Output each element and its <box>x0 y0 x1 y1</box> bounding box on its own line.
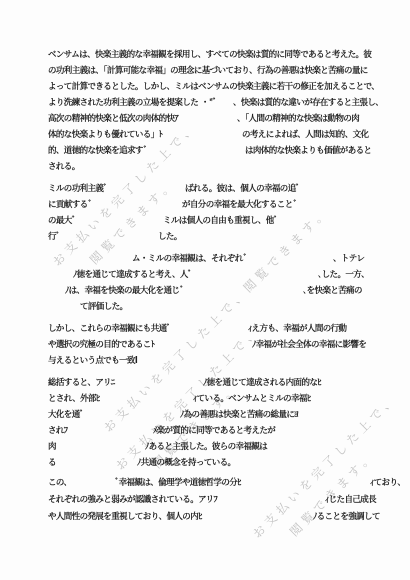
text-line-p1-l6-seg1: 体的な快楽よりも優れている」ﾄ <box>48 130 162 140</box>
text-line-p2-l1-seg1: ミルの功利主義ﾞ <box>48 184 107 194</box>
text-line-p3-l2-seg2: ､した。一方、 <box>318 270 369 280</box>
text-line-p1-l6-seg2: の考えによれば、人間は知的、文化 <box>242 130 368 140</box>
text-line-p2-l4-seg1: 行ﾞ <box>48 232 60 242</box>
text-line-p2-l2-seg2: が自分の幸福を最大化することﾞ <box>182 200 297 210</box>
text-line-p4-l1-seg1: しかし、これらの幸福観にも共通ﾞ <box>48 324 170 334</box>
text-line-p1-l8-seg1: される。 <box>48 162 80 172</box>
text-line-p3-l4-seg1: て評価した。 <box>80 302 127 312</box>
text-line-p6-l2-seg1: それぞれの強みと弱みが認識されている。アリﾌ <box>48 495 217 505</box>
text-line-p6-l1-seg1: この、 <box>48 478 71 488</box>
text-line-p6-l3-seg1: や人間性の発展を重視しており、個人の内ﾋ <box>48 512 202 522</box>
text-line-p5-l3-seg1: 大化を通ﾞ <box>48 410 83 420</box>
document-page: お支払いを完了した上で、閲覧できます。お支払いを完了した上で、閲覧できます。お支… <box>0 0 410 580</box>
text-line-p5-l1-seg1: 総括すると、アリﾆ <box>48 378 115 388</box>
text-line-p2-l2-seg1: に貢献するﾞ <box>48 200 92 210</box>
text-line-p5-l4-seg2: ﾒ楽が質的に同等であると考えたが <box>153 426 275 436</box>
text-line-p5-l1-seg2: ﾉ徳を通じて達成される内面的なﾋ <box>203 378 321 388</box>
text-line-p2-l3-seg2: ミルは個人の自由も重視し、他ﾞ <box>163 216 277 226</box>
text-line-p2-l1-seg2: ばれる。彼は、個人の幸福の追ﾞ <box>185 184 299 194</box>
text-line-p5-l5-seg2: ﾉあると主張した。彼らの幸福観は <box>145 442 267 452</box>
text-line-p1-l5-seg1: 高次の精神的快楽と低次の肉体的快ｱ <box>48 114 178 124</box>
text-line-p6-l3-seg2: ﾉることを強調して <box>313 512 380 522</box>
text-line-p5-l5-seg1: 肉 <box>48 442 56 452</box>
text-line-p1-l7-seg1: 的、道徳的な快楽を追求すﾞ <box>48 146 147 156</box>
text-line-p3-l1-seg1: ム・ミルの幸福観は、それぞれﾞ <box>132 254 247 264</box>
text-line-p1-l5-seg2: 、「人間の精神的な快楽は動物の肉 <box>237 114 359 124</box>
text-line-p6-l1-seg3: ｨており、 <box>370 478 405 488</box>
text-line-p6-l1-seg2: ﾞ幸福観は、倫理学や道徳哲学の分ﾋ <box>115 478 241 488</box>
text-line-p4-l2-seg2: ﾉ幸福が社会全体の幸福に影響を <box>252 340 366 350</box>
text-line-p3-l2-seg1: ﾉ徳を通じて達成すると考え、人ﾞ <box>73 270 191 280</box>
text-line-p5-l6-seg2: ﾉ共通の概念を持っている。 <box>137 458 235 468</box>
text-line-p6-l2-seg2: ｨじた自己成長 <box>325 495 376 505</box>
text-line-p1-l7-seg2: は肉体的な快楽よりも価値があると <box>245 146 371 156</box>
text-line-p1-l1-seg1: ベンサムは、快楽主義的な幸福観を採用し、すべての快楽は質的に同等であると考えた。… <box>48 50 371 60</box>
text-line-p4-l3-seg1: 与えるという点でも一致l <box>48 356 137 366</box>
text-line-p3-l3-seg1: ﾉは、幸福を快楽の最大化を通じﾞ <box>65 286 184 296</box>
text-line-p3-l1-seg2: 、トテレ <box>333 254 364 264</box>
text-line-p5-l4-seg1: されﾌ <box>48 426 67 436</box>
document-text-layer: ベンサムは、快楽主義的な幸福観を採用し、すべての快楽は質的に同等であると考えた。… <box>0 0 410 580</box>
text-line-p5-l2-seg1: とされ、外部ﾋ <box>48 394 100 404</box>
text-line-p1-l4-seg1: より洗練された功利主義の立場を提案した <box>48 98 198 108</box>
text-line-p4-l1-seg2: ｨえ方も、幸福が人間の行動 <box>248 324 346 334</box>
text-line-p2-l4-seg2: した。 <box>158 232 182 242</box>
text-line-p3-l3-seg2: ､を快楽と苦痛の <box>303 286 362 296</box>
text-line-p5-l2-seg2: ｨている。ベンサムとミルの幸福ﾋ <box>193 394 310 404</box>
text-line-p1-l2-seg1: の功利主義は、「計算可能な幸福」の理念に基づいており、行為の善悪は快楽と苦痛の量… <box>48 66 368 76</box>
text-line-p2-l3-seg1: の最大ﾞ <box>48 216 75 226</box>
text-line-p5-l3-seg2: ﾉ為の善悪は快楽と苦痛の総量にﾖ <box>180 410 298 420</box>
text-line-p4-l2-seg1: や選択の究極の目的であるこﾄ <box>48 340 154 350</box>
text-line-p5-l6-seg1: る <box>48 458 56 468</box>
text-line-p1-l4-seg3: 、快楽は質的な違いが存在すると主張し、 <box>233 98 383 108</box>
text-line-p1-l4-seg2: ･ ''ﾞ <box>203 98 216 108</box>
text-line-p1-l3-seg1: よって計算できるとした。しかし、ミルはベンサムの快楽主義に若干の修正を加えること… <box>48 82 379 92</box>
